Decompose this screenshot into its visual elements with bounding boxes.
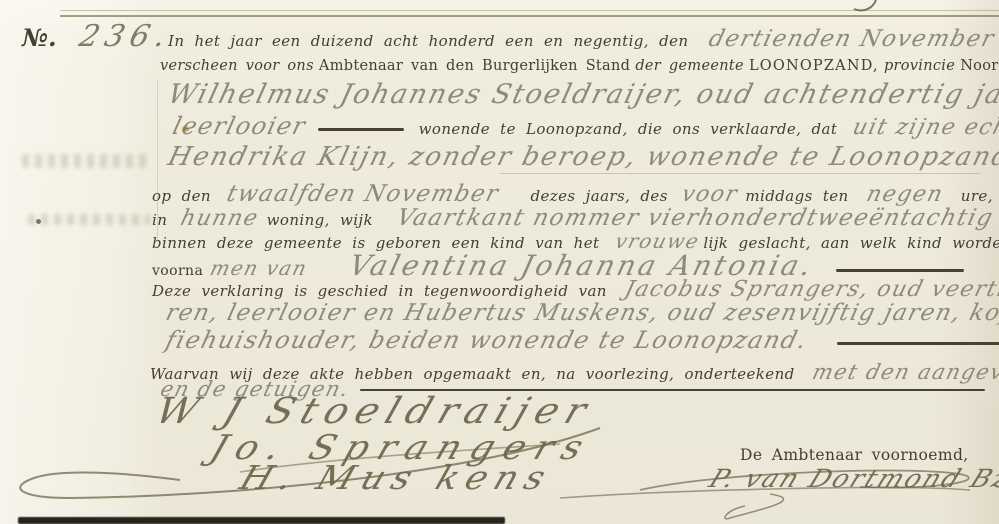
act-number: №. 236.: [22, 20, 166, 53]
printed-text: wonende te Loonopzand, die ons verklaard…: [419, 120, 838, 138]
printed-text: ure,: [961, 187, 993, 205]
printed-text: der gemeente: [635, 58, 744, 74]
printed-text: Ambtenaar van den Burgerlijken Stand: [319, 58, 630, 74]
printed-text: in: [152, 211, 167, 229]
act-line-5: Hendrika Klijn, zonder beroep, wonende t…: [165, 143, 999, 172]
act-line-2: verscheen voor ons Ambtenaar van den Bur…: [160, 56, 999, 75]
handwritten-text: fiehuishouder, beiden wonende te Loonopz…: [163, 327, 810, 353]
bleedthrough-mark: [28, 214, 150, 225]
handwritten-birthdate: twaalfden November: [224, 182, 502, 207]
act-line-1: In het jaar een duizend acht honderd een…: [168, 27, 999, 52]
scan-edge-band: [18, 517, 505, 524]
act-line-7: in hunne woning, wijk Vaartkant nommer v…: [152, 206, 990, 231]
printed-municipality: LOONOPZAND,: [749, 58, 879, 74]
handwritten-address: Vaartkant nommer vierhonderdtweeëntachti…: [394, 206, 996, 231]
ink-speck: [36, 219, 41, 224]
printed-text: voorna: [152, 263, 203, 279]
ink-dash: [837, 342, 999, 345]
handwritten-occupation: leerlooier: [170, 113, 309, 139]
handwritten-hour: negen: [864, 183, 946, 207]
printed-text: op den: [152, 187, 211, 205]
handwritten-father-name: Wilhelmus Johannes Stoeldraijer, oud ach…: [165, 80, 999, 110]
page-fold-line: [157, 80, 158, 240]
faint-guide-line: [500, 173, 980, 174]
handwritten-text: hunne: [178, 207, 261, 231]
handwritten-witness1: Jacobus Sprangers, oud veertig ja-: [622, 278, 999, 302]
act-line-4: leerlooier wonende te Loonopzand, die on…: [170, 113, 999, 140]
handwritten-date: dertienden November: [706, 27, 997, 52]
ink-dash: [836, 269, 964, 272]
act-line-10: Deze verklaring is geschied in tegenwoor…: [152, 278, 999, 302]
printed-text: woning, wijk: [267, 211, 373, 229]
act-number-value: 236.: [76, 20, 175, 53]
act-line-6: op den twaalfden November dezes jaars, d…: [152, 182, 993, 207]
printed-text: Deze verklaring is geschied in tegenwoor…: [152, 282, 607, 300]
birth-record-scan: №. 236. In het jaar een duizend acht hon…: [0, 0, 999, 524]
handwritten-witness2: ren, leerlooier en Hubertus Muskens, oud…: [163, 301, 999, 326]
ink-dash: [318, 128, 404, 131]
pen-flourish-official: [520, 460, 999, 524]
number-sign: №.: [22, 23, 56, 52]
printed-text: In het jaar een duizend acht honderd een…: [168, 32, 688, 50]
bleedthrough-mark: [22, 154, 152, 168]
act-line-3: Wilhelmus Johannes Stoeldraijer, oud ach…: [165, 80, 999, 110]
printed-province: Noordbrabant,: [960, 58, 999, 74]
handwritten-text: men van: [208, 257, 310, 279]
act-line-12: fiehuishouder, beiden wonende te Loonopz…: [163, 327, 999, 353]
handwritten-text: voor: [679, 183, 740, 207]
pen-flourish-top: [840, 0, 900, 16]
act-line-11: ren, leerlooier en Hubertus Muskens, oud…: [163, 301, 999, 326]
printed-text: provincie: [884, 58, 955, 74]
handwritten-text: uit zijne echtgenoote: [850, 116, 999, 140]
handwritten-mother-name: Hendrika Klijn, zonder beroep, wonende t…: [165, 143, 999, 172]
printed-text: middags ten: [745, 187, 848, 205]
printed-text: dezes jaars, des: [531, 187, 668, 205]
ink-stain: [182, 126, 189, 132]
printed-text: verscheen voor ons: [160, 58, 314, 74]
handwritten-text: met den aangever: [810, 361, 999, 384]
